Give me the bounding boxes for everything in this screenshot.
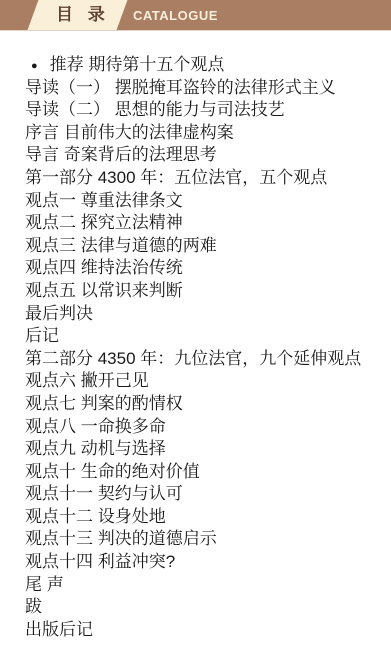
- toc-item[interactable]: 第二部分 4350 年：九位法官，九个延伸观点: [25, 348, 385, 371]
- toc-item[interactable]: 出版后记: [25, 619, 385, 642]
- toc-item-recommend[interactable]: ●推荐 期待第十五个观点: [25, 54, 385, 77]
- toc-item[interactable]: 观点六 撇开己见: [25, 370, 385, 393]
- toc-item[interactable]: 观点二 探究立法精神: [25, 212, 385, 235]
- toc-item[interactable]: 导言 奇案背后的法理思考: [25, 144, 385, 167]
- toc-item[interactable]: 跋: [25, 596, 385, 619]
- bullet-icon: ●: [31, 55, 38, 77]
- catalogue-title-cn: 目 录: [56, 0, 110, 30]
- toc-item[interactable]: 导读（一） 摆脱掩耳盗铃的法律形式主义: [25, 77, 385, 100]
- toc-item[interactable]: 观点七 判案的酌情权: [25, 393, 385, 416]
- toc-item[interactable]: 最后判决: [25, 303, 385, 326]
- toc-item[interactable]: 观点一 尊重法律条文: [25, 190, 385, 213]
- toc-item[interactable]: 观点十三 判决的道德启示: [25, 528, 385, 551]
- toc-item[interactable]: 导读（二） 思想的能力与司法技艺: [25, 99, 385, 122]
- toc-item[interactable]: 观点十四 利益冲突?: [25, 551, 385, 574]
- toc-item[interactable]: 序言 目前伟大的法律虚构案: [25, 122, 385, 145]
- toc-item[interactable]: 观点三 法律与道德的两难: [25, 235, 385, 258]
- toc-item[interactable]: 观点八 一命换多命: [25, 416, 385, 439]
- catalogue-title-en: CATALOGUE: [133, 0, 218, 30]
- toc-item[interactable]: 后记: [25, 325, 385, 348]
- toc-item[interactable]: 观点十 生命的绝对价值: [25, 461, 385, 484]
- catalogue-header: 目 录 CATALOGUE: [0, 0, 391, 31]
- toc-item[interactable]: 观点九 动机与选择: [25, 438, 385, 461]
- toc-item[interactable]: 观点十二 设身处地: [25, 506, 385, 529]
- toc-item-label: 推荐 期待第十五个观点: [50, 55, 225, 74]
- toc-item[interactable]: 尾 声: [25, 574, 385, 597]
- toc-page: 目 录 CATALOGUE ●推荐 期待第十五个观点 导读（一） 摆脱掩耳盗铃的…: [0, 0, 391, 651]
- toc-list: ●推荐 期待第十五个观点 导读（一） 摆脱掩耳盗铃的法律形式主义 导读（二） 思…: [0, 31, 391, 641]
- toc-item[interactable]: 观点五 以常识来判断: [25, 280, 385, 303]
- toc-item[interactable]: 观点十一 契约与认可: [25, 483, 385, 506]
- toc-item[interactable]: 观点四 维持法治传统: [25, 257, 385, 280]
- toc-item[interactable]: 第一部分 4300 年：五位法官，五个观点: [25, 167, 385, 190]
